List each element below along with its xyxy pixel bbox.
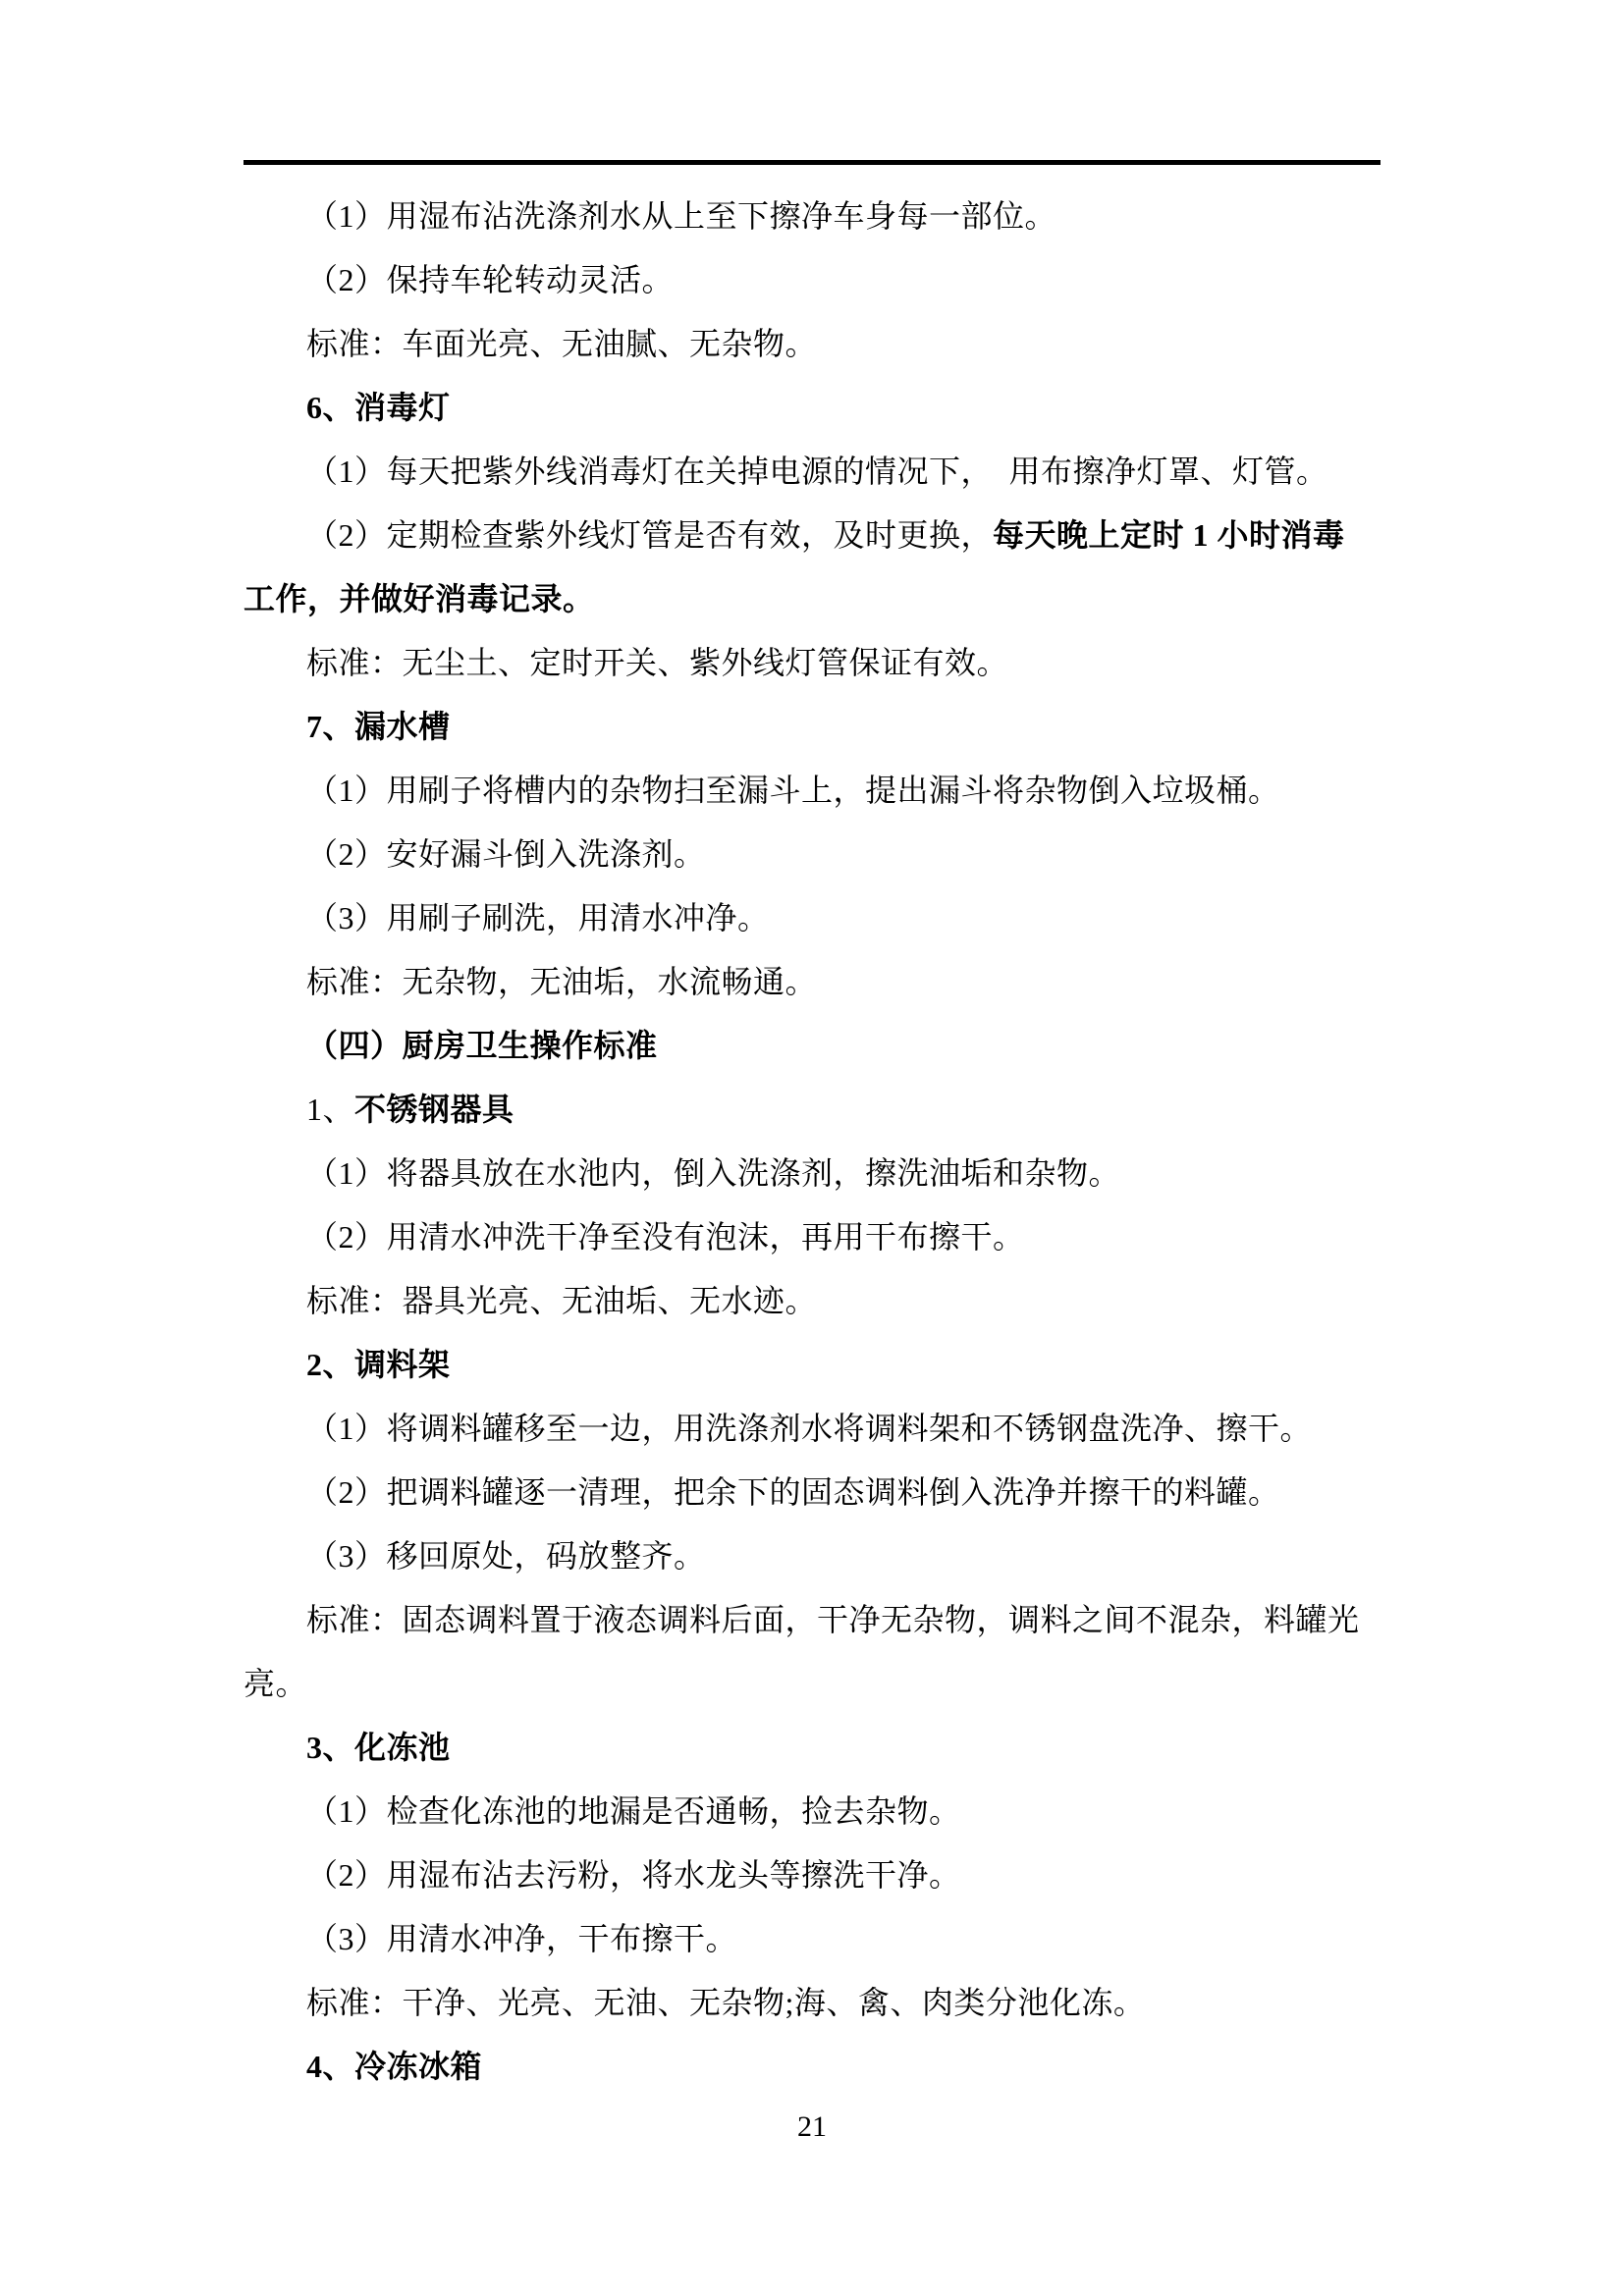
text-segment: （2）用清水冲洗干净至没有泡沫，再用干布擦干。 — [306, 1219, 1025, 1255]
bold-text-segment: 每天晚上定时 1 小时消毒 — [993, 517, 1345, 553]
text-segment: 标准：车面光亮、无油腻、无杂物。 — [306, 326, 817, 361]
numbered-step-line: （1）用刷子将槽内的杂物扫至漏斗上，提出漏斗将杂物倒入垃圾桶。 — [244, 759, 1392, 823]
header-rule — [244, 160, 1380, 165]
text-segment: （2）安好漏斗倒入洗涤剂。 — [306, 836, 706, 872]
text-segment: 标准：固态调料置于液态调料后面，干净无杂物，调料之间不混杂，料罐光 — [306, 1602, 1360, 1637]
standard-line: 标准：器具光亮、无油垢、无水迹。 — [244, 1269, 1392, 1333]
numbered-step-line: （3）用清水冲净，干布擦干。 — [244, 1907, 1392, 1971]
standard-line: 标准：无尘土、定时开关、紫外线灯管保证有效。 — [244, 631, 1392, 695]
numbered-step-line: （2）保持车轮转动灵活。 — [244, 248, 1392, 312]
numbered-step-line: （2）安好漏斗倒入洗涤剂。 — [244, 823, 1392, 886]
numbered-step-line: （2）把调料罐逐一清理，把余下的固态调料倒入洗净并擦干的料罐。 — [244, 1461, 1392, 1524]
text-segment: （1）检查化冻池的地漏是否通畅，捡去杂物。 — [306, 1793, 961, 1829]
text-segment: 标准：无尘土、定时开关、紫外线灯管保证有效。 — [306, 645, 1008, 680]
numbered-step-line: （1）用湿布沾洗涤剂水从上至下擦净车身每一部位。 — [244, 185, 1392, 248]
page-number: 21 — [0, 2109, 1624, 2146]
continuation-line: 工作，并做好消毒记录。 — [244, 567, 1392, 631]
text-segment: （1）用刷子将槽内的杂物扫至漏斗上，提出漏斗将杂物倒入垃圾桶。 — [306, 773, 1280, 808]
bold-text-segment: （四）厨房卫生操作标准 — [306, 1028, 658, 1063]
item-heading-line: 2、调料架 — [244, 1333, 1392, 1397]
numbered-step-line: （1）将器具放在水池内，倒入洗涤剂，擦洗油垢和杂物。 — [244, 1142, 1392, 1205]
bold-text-segment: 工作，并做好消毒记录。 — [244, 581, 595, 616]
section-heading-line: （四）厨房卫生操作标准 — [244, 1014, 1392, 1078]
item-heading-line: 7、漏水槽 — [244, 695, 1392, 759]
bold-text-segment: 4、冷冻冰箱 — [306, 2049, 482, 2084]
numbered-step-line: （1）每天把紫外线消毒灯在关掉电源的情况下， 用布擦净灯罩、灯管。 — [244, 440, 1392, 504]
continuation-line: 亮。 — [244, 1652, 1392, 1716]
standard-line: 标准：固态调料置于液态调料后面，干净无杂物，调料之间不混杂，料罐光 — [244, 1588, 1392, 1652]
text-segment: 标准：器具光亮、无油垢、无水迹。 — [306, 1283, 817, 1318]
standard-line: 标准：干净、光亮、无油、无杂物;海、禽、肉类分池化冻。 — [244, 1971, 1392, 2035]
numbered-step-line: （2）定期检查紫外线灯管是否有效，及时更换，每天晚上定时 1 小时消毒 — [244, 504, 1392, 567]
text-segment: 1、 — [306, 1092, 354, 1127]
numbered-step-line: （2）用湿布沾去污粉，将水龙头等擦洗干净。 — [244, 1843, 1392, 1907]
text-segment: （3）移回原处，码放整齐。 — [306, 1538, 706, 1574]
text-segment: （1）将器具放在水池内，倒入洗涤剂，擦洗油垢和杂物。 — [306, 1155, 1120, 1191]
bold-text-segment: 6、消毒灯 — [306, 390, 451, 425]
text-segment: （3）用清水冲净，干布擦干。 — [306, 1921, 737, 1956]
text-segment: （2）定期检查紫外线灯管是否有效，及时更换， — [306, 517, 993, 553]
numbered-step-line: （3）移回原处，码放整齐。 — [244, 1524, 1392, 1588]
item-heading-line: 4、冷冻冰箱 — [244, 2035, 1392, 2099]
numbered-step-line: （1）检查化冻池的地漏是否通畅，捡去杂物。 — [244, 1780, 1392, 1843]
text-segment: （2）保持车轮转动灵活。 — [306, 262, 674, 297]
numbered-step-line: （1）将调料罐移至一边，用洗涤剂水将调料架和不锈钢盘洗净、擦干。 — [244, 1397, 1392, 1461]
bold-text-segment: 2、调料架 — [306, 1347, 451, 1382]
bold-text-segment: 3、化冻池 — [306, 1730, 451, 1765]
text-segment: （3）用刷子刷洗，用清水冲净。 — [306, 900, 770, 935]
document-lines: （1）用湿布沾洗涤剂水从上至下擦净车身每一部位。（2）保持车轮转动灵活。标准：车… — [244, 185, 1392, 2099]
document-page: （1）用湿布沾洗涤剂水从上至下擦净车身每一部位。（2）保持车轮转动灵活。标准：车… — [0, 0, 1624, 2296]
item-heading-line: 1、不锈钢器具 — [244, 1078, 1392, 1142]
text-segment: （2）用湿布沾去污粉，将水龙头等擦洗干净。 — [306, 1857, 961, 1893]
numbered-step-line: （3）用刷子刷洗，用清水冲净。 — [244, 886, 1392, 950]
bold-text-segment: 7、漏水槽 — [306, 709, 451, 744]
item-heading-line: 6、消毒灯 — [244, 376, 1392, 440]
text-segment: （1）用湿布沾洗涤剂水从上至下擦净车身每一部位。 — [306, 198, 1056, 234]
text-segment: 标准：干净、光亮、无油、无杂物;海、禽、肉类分池化冻。 — [306, 1985, 1145, 2020]
standard-line: 标准：无杂物，无油垢，水流畅通。 — [244, 950, 1392, 1014]
text-segment: （2）把调料罐逐一清理，把余下的固态调料倒入洗净并擦干的料罐。 — [306, 1474, 1280, 1510]
text-segment: 亮。 — [244, 1666, 307, 1701]
bold-text-segment: 不锈钢器具 — [354, 1092, 514, 1127]
text-segment: （1）将调料罐移至一边，用洗涤剂水将调料架和不锈钢盘洗净、擦干。 — [306, 1411, 1312, 1446]
standard-line: 标准：车面光亮、无油腻、无杂物。 — [244, 312, 1392, 376]
item-heading-line: 3、化冻池 — [244, 1716, 1392, 1780]
text-segment: 标准：无杂物，无油垢，水流畅通。 — [306, 964, 817, 999]
text-segment: （1）每天把紫外线消毒灯在关掉电源的情况下， 用布擦净灯罩、灯管。 — [306, 454, 1328, 489]
numbered-step-line: （2）用清水冲洗干净至没有泡沫，再用干布擦干。 — [244, 1205, 1392, 1269]
